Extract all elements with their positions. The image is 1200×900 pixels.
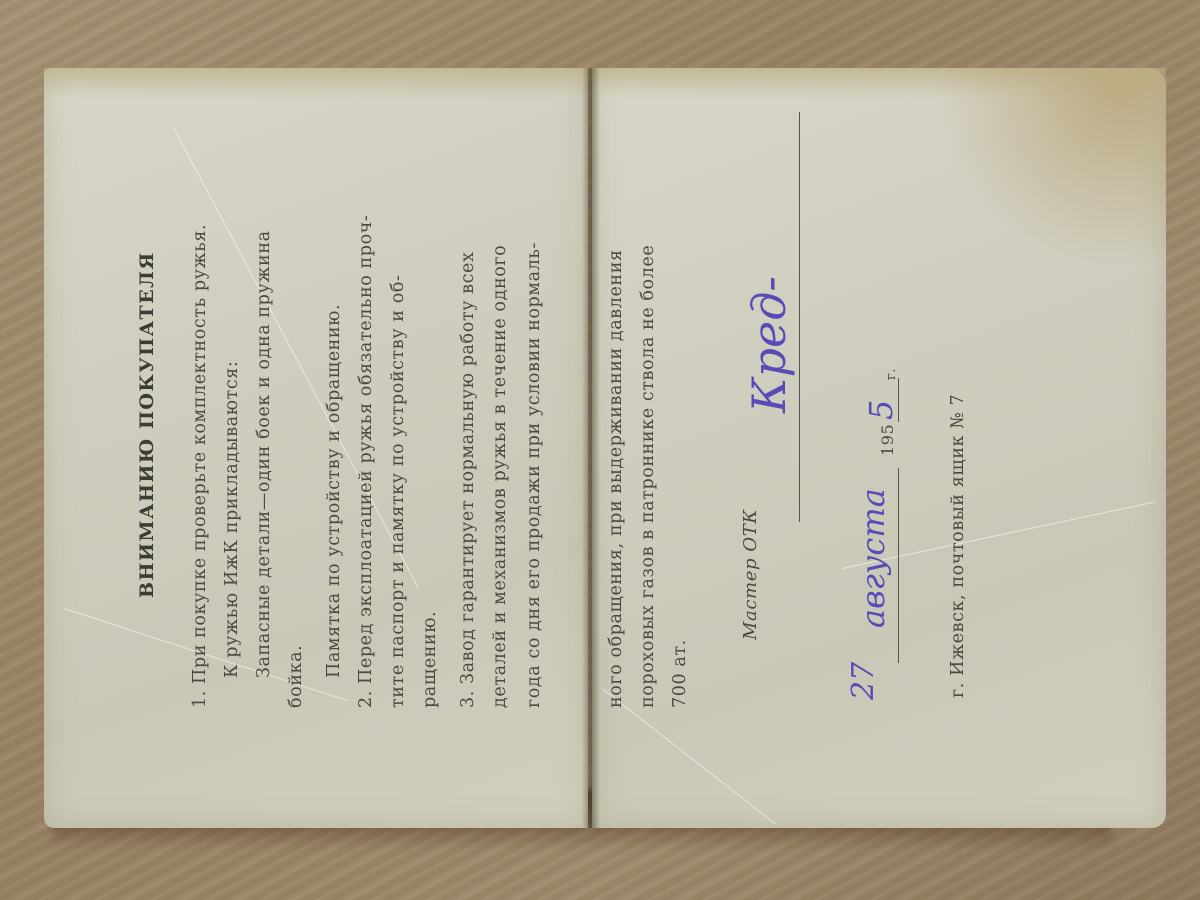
text-line: К ружью ИжК прикладываются: [222, 361, 242, 678]
handwritten-signature: Кред- [742, 276, 796, 413]
year-line [898, 378, 899, 422]
handwritten-date-day: 27 [846, 662, 881, 700]
date-line [898, 468, 899, 663]
signature-line [799, 112, 800, 522]
paper-crease [174, 128, 419, 588]
text-line: года со дня его продажи при условии норм… [524, 242, 544, 708]
text-line: Памятка по устройству и обращению. [324, 304, 344, 678]
text-line: бойка. [286, 645, 306, 708]
text-line: деталей и механизмов ружья в течение одн… [490, 245, 510, 708]
handwritten-date-month: августа [854, 488, 892, 628]
text-line: ного обращения, при выдерживании давлени… [606, 249, 626, 708]
paper-crease [602, 688, 776, 824]
text-line: 2. Перед эксплоатацией ружья обязательно… [356, 215, 376, 708]
notice-title: ВНИМАНИЮ ПОКУПАТЕЛЯ [136, 251, 158, 598]
right-page: ного обращения, при выдерживании давлени… [592, 68, 1166, 828]
text-line: пороховых газов в патроннике ствола не б… [638, 245, 658, 708]
center-fold [582, 68, 600, 828]
text-line: 3. Завод гарантирует нормальную работу в… [458, 252, 478, 708]
aged-edge [592, 68, 1166, 98]
aged-edge [44, 68, 588, 98]
text-line: ращению. [420, 611, 440, 708]
factory-address: г. Ижевск, почтовый ящик № 7 [948, 394, 968, 698]
year-unit: г. [884, 368, 899, 380]
handwritten-date-year: 5 [862, 400, 900, 420]
text-line: 1. При покупке проверьте комплектность р… [190, 224, 210, 708]
text-line: Запасные детали—один боек и одна пружина [254, 230, 274, 678]
qc-master-label: Мастер ОТК [740, 509, 761, 640]
rifle-passport-document: ВНИМАНИЮ ПОКУПАТЕЛЯ 1. При покупке прове… [44, 68, 1166, 828]
text-line: 700 ат. [670, 639, 690, 708]
left-page: ВНИМАНИЮ ПОКУПАТЕЛЯ 1. При покупке прове… [44, 68, 588, 828]
text-line: тите паспорт и памятку по устройству и о… [388, 275, 408, 709]
water-stain [936, 68, 1166, 268]
date-year-prefix: 195 [878, 424, 897, 456]
